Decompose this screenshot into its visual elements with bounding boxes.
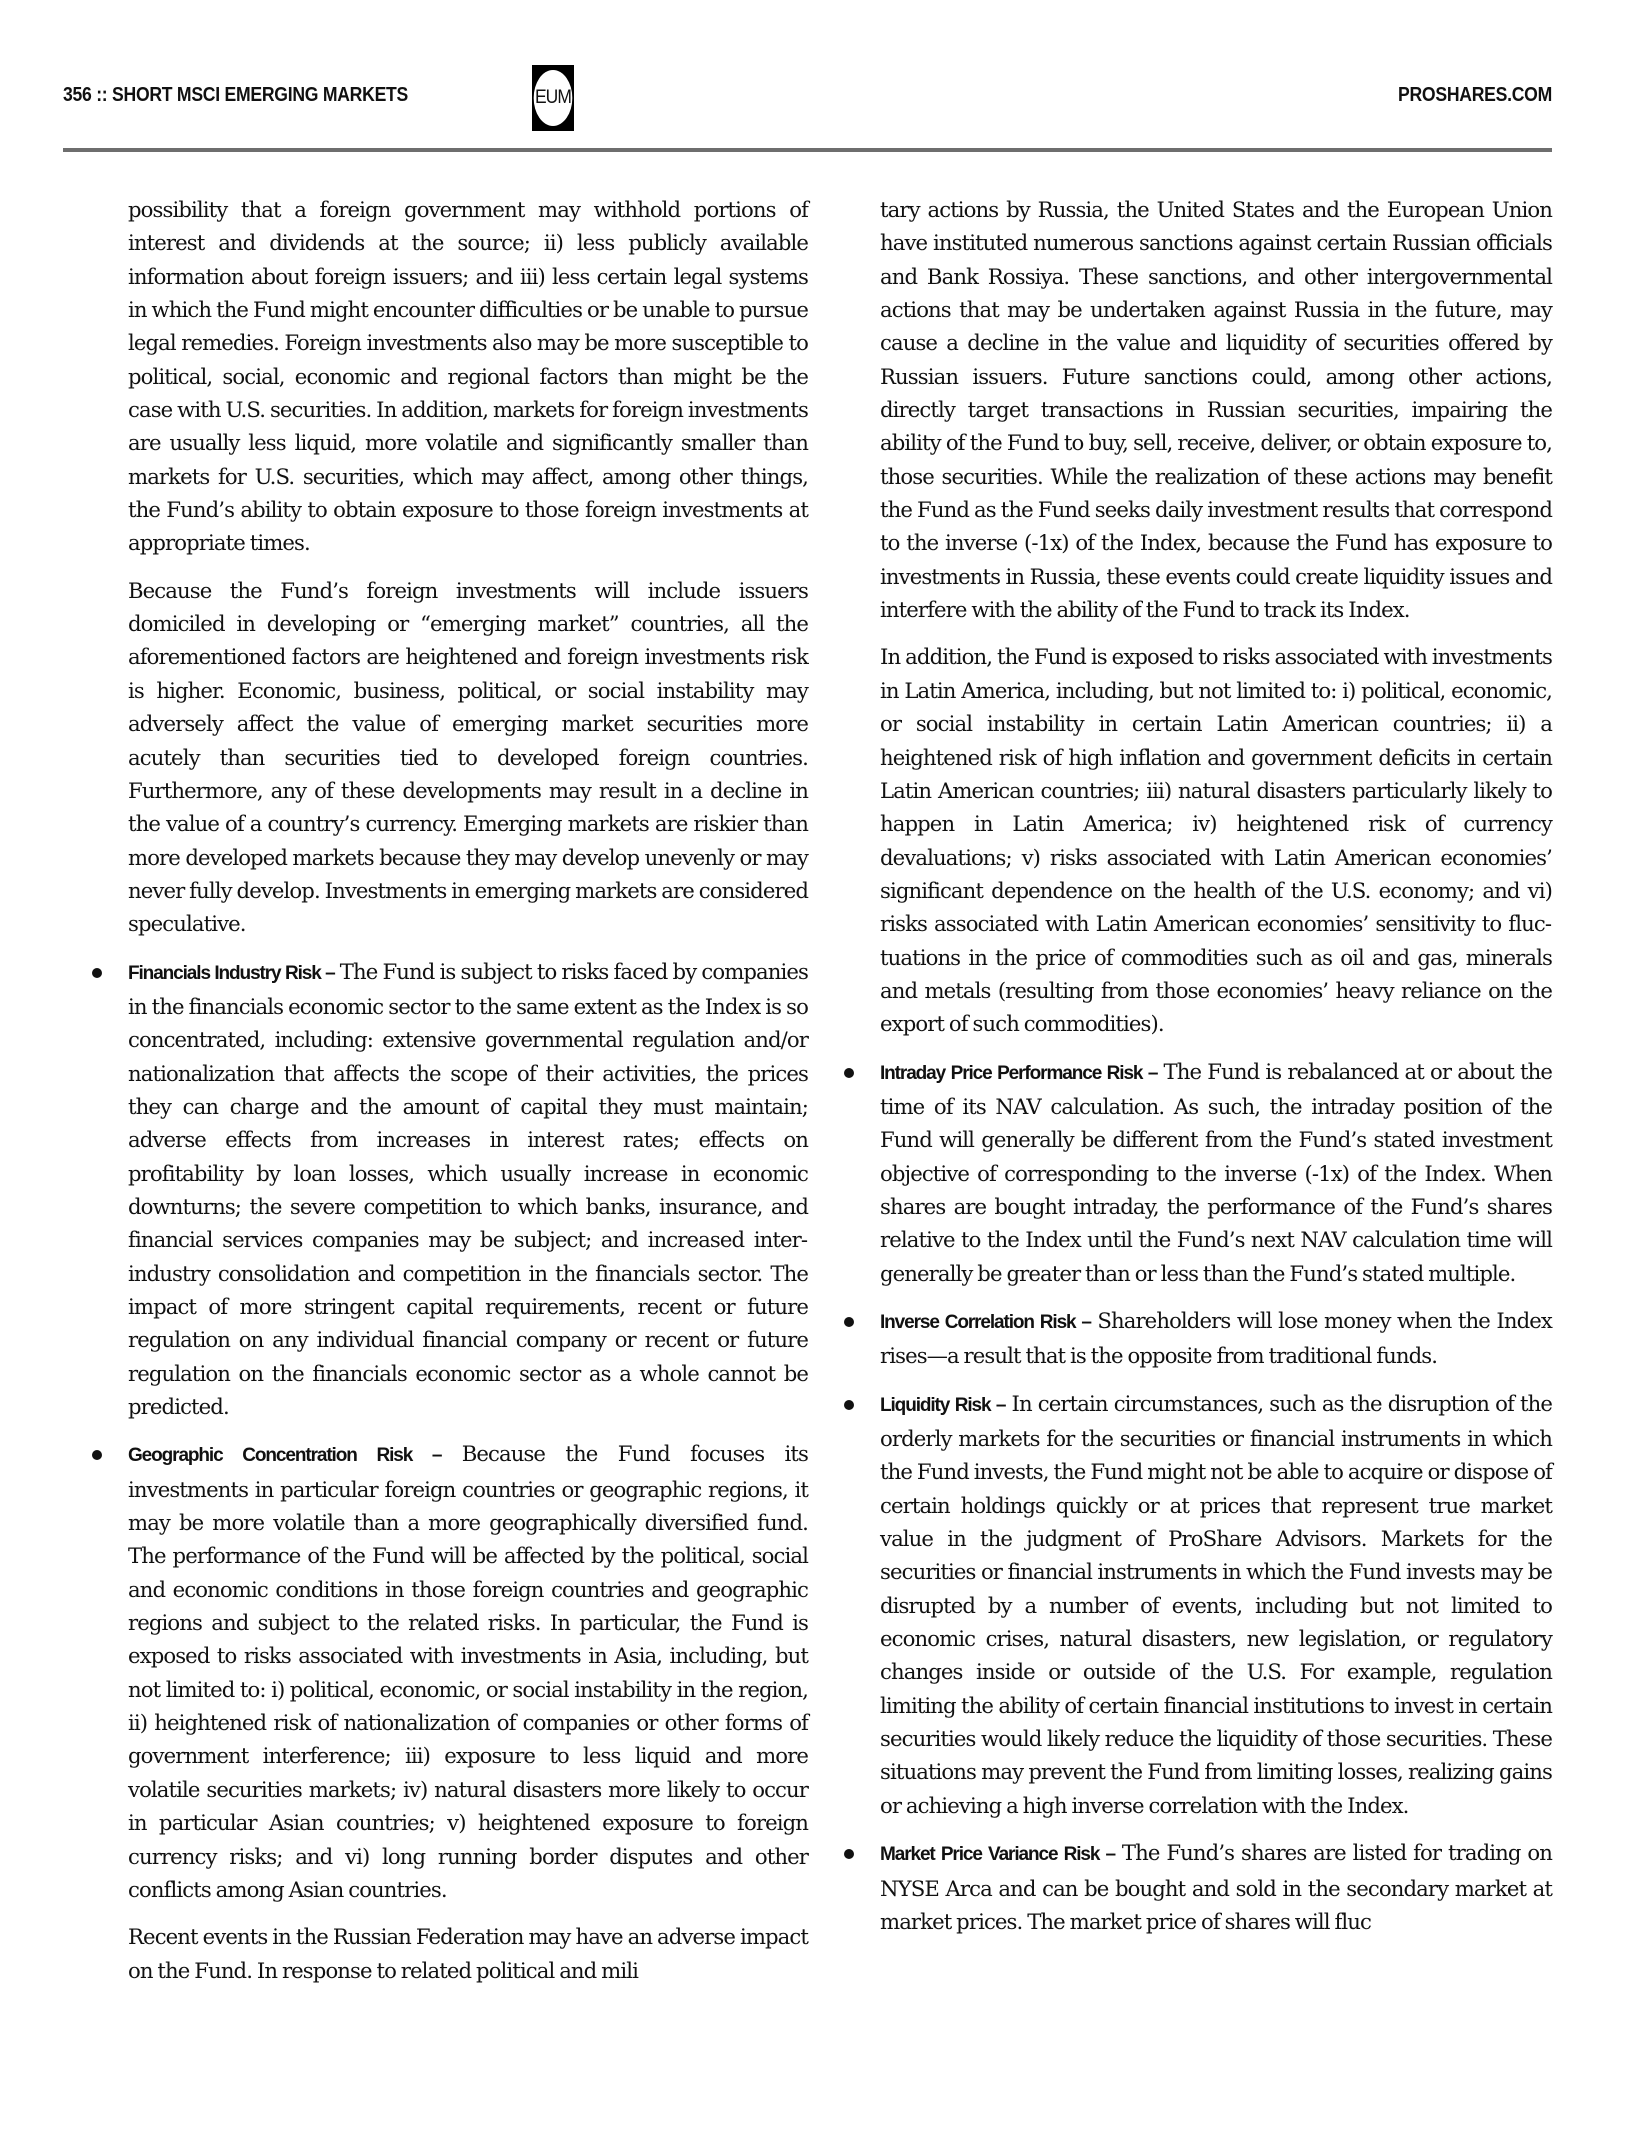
ticker-logo-text: EUM bbox=[534, 70, 573, 126]
risk-term: Financials Industry Risk – bbox=[128, 963, 335, 984]
site-url: PROSHARES.COM bbox=[1398, 84, 1552, 107]
risk-term: Inverse Correlation Risk – bbox=[880, 1312, 1091, 1333]
risk-description: The Fund is rebalanced at or about the t… bbox=[880, 1059, 1552, 1286]
left-column: possibility that a foreign government ma… bbox=[128, 193, 808, 2001]
paragraph-emerging-markets: Because the Fund’s foreign investments w… bbox=[128, 574, 808, 941]
risk-term: Intraday Price Performance Risk – bbox=[880, 1063, 1157, 1084]
paragraph-russian-federation: Recent events in the Russian Federation … bbox=[128, 1920, 808, 1987]
paragraph-latin-america: In addition, the Fund is exposed to risk… bbox=[880, 640, 1552, 1040]
risk-description: The Fund is subject to risks faced by co… bbox=[128, 959, 808, 1419]
risk-description: Because the Fund focuses its investments… bbox=[128, 1441, 808, 1901]
risk-term: Market Price Variance Risk – bbox=[880, 1844, 1115, 1865]
bullet-inverse-correlation-risk: Inverse Correlation Risk – Shareholders … bbox=[880, 1304, 1552, 1373]
bullet-financials-industry-risk: Financials Industry Risk – The Fund is s… bbox=[128, 955, 808, 1424]
risk-term: Liquidity Risk – bbox=[880, 1395, 1005, 1416]
bullet-market-price-variance-risk: Market Price Variance Risk – The Fund’s … bbox=[880, 1836, 1552, 1938]
risk-description: In certain circumstances, such as the di… bbox=[880, 1391, 1552, 1818]
header-divider bbox=[63, 148, 1552, 152]
ticker-logo-badge: EUM bbox=[532, 65, 574, 131]
bullet-geographic-concentration-risk: Geographic Concentration Risk – Because … bbox=[128, 1437, 808, 1906]
paragraph-russia-sanctions: tary actions by Russia, the United State… bbox=[880, 193, 1552, 626]
page-number-and-fund-title: 356 :: SHORT MSCI EMERGING MARKETS bbox=[63, 84, 408, 107]
risk-term: Geographic Concentration Risk – bbox=[128, 1445, 441, 1466]
right-column: tary actions by Russia, the United State… bbox=[880, 193, 1552, 1952]
bullet-liquidity-risk: Liquidity Risk – In certain circumstance… bbox=[880, 1387, 1552, 1822]
paragraph-foreign-investments: possibility that a foreign government ma… bbox=[128, 193, 808, 560]
page-header: 356 :: SHORT MSCI EMERGING MARKETS EUM P… bbox=[0, 0, 1650, 160]
bullet-intraday-price-performance-risk: Intraday Price Performance Risk – The Fu… bbox=[880, 1055, 1552, 1290]
